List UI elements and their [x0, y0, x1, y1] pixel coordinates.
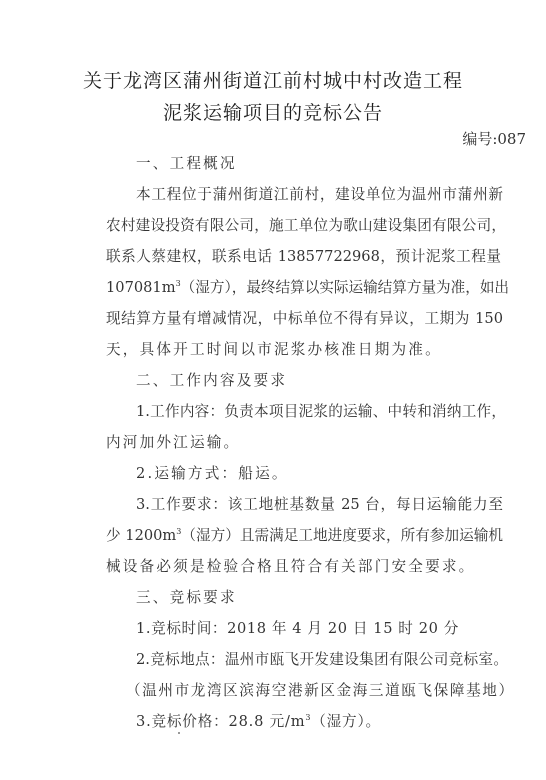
section1-line: 农村建设投资有限公司，施工单位为歌山建设集团有限公司，	[106, 214, 506, 235]
section2-line: 少 1200m3（湿方）且需满足工地进度要求，所有参加运输机	[106, 524, 503, 545]
document-title-line1: 关于龙湾区蒲州街道江前村城中村改造工程	[0, 66, 546, 93]
section2-line: 3.工作要求：该工地桩基数量 25 台，每日运输能力至	[136, 493, 503, 514]
section3-line: 3.竞标价格：28.8 元/m3（湿方）。	[136, 710, 536, 731]
section1-line: 本工程位于蒲州街道江前村，建设单位为温州市蒲州新	[136, 183, 503, 204]
section3-heading: 三、竞标要求	[136, 586, 536, 607]
section2-line: 1.工作内容：负责本项目泥浆的运输、中转和消纳工作，	[136, 400, 506, 421]
document-title-line2: 泥浆运输项目的竞标公告	[0, 98, 546, 125]
section1-line: 天，具体开工时间以市泥浆办核准日期为准。	[106, 338, 506, 359]
section1-line: 现结算方量有增减情况，中标单位不得有异议，工期为 150	[106, 307, 503, 328]
document-number: 编号:087	[462, 128, 526, 149]
section3-line: 1.竞标时间：2018 年 4 月 20 日 15 时 20 分	[136, 617, 536, 638]
section1-line: 联系人蔡建权，联系电话 13857722968，预计泥浆工程量	[106, 245, 501, 266]
section1-heading: 一、工程概况	[136, 152, 536, 173]
section3-line: （温州市龙湾区滨海空港新区金海三道瓯飞保障基地）	[126, 679, 526, 700]
section2-heading: 二、工作内容及要求	[136, 369, 536, 390]
section2-line: 内河加外江运输。	[106, 431, 506, 452]
section2-line: 械设备必须是检验合格且符合有关部门安全要求。	[106, 555, 506, 576]
scan-speck	[178, 732, 180, 734]
section2-line: 2.运输方式：船运。	[136, 462, 536, 483]
section1-line: 107081m3（湿方），最终结算以实际运输结算方量为准，如出	[106, 276, 503, 297]
section3-line: 2.竞标地点：温州市瓯飞开发建设集团有限公司竞标室。	[136, 648, 508, 669]
